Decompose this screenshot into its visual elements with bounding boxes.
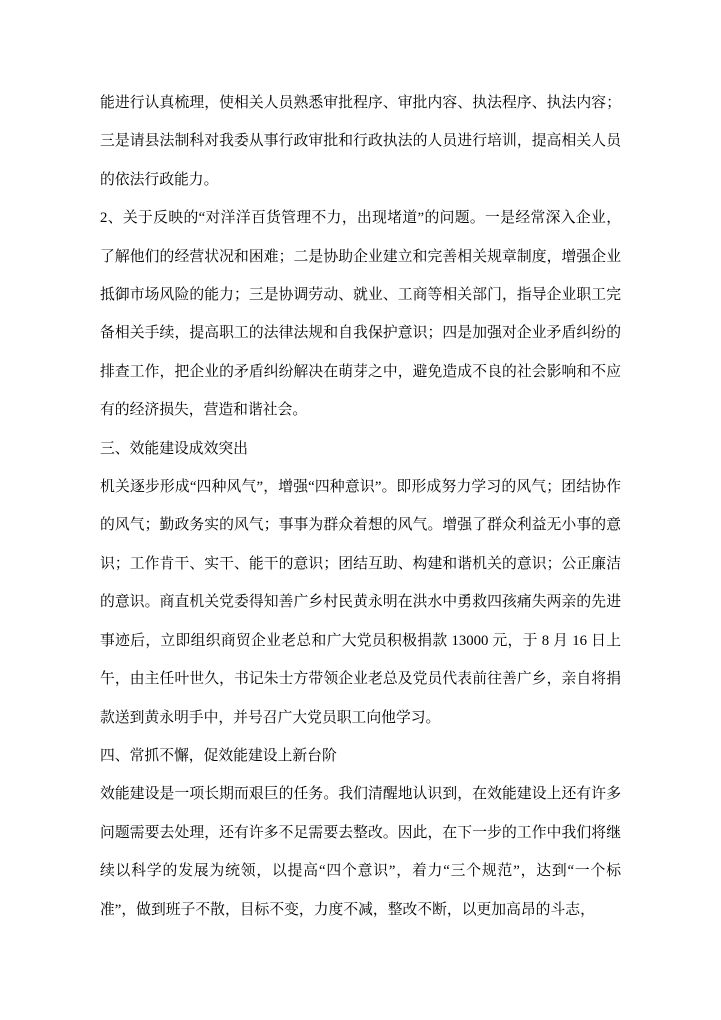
- paragraph-future-work-plan: 效能建设是一项长期而艰巨的任务。我们清醒地认识到，在效能建设上还有许多问题需要去…: [100, 775, 621, 929]
- section-heading-3-efficiency-achievements: 三、效能建设成效突出: [100, 430, 621, 468]
- section-heading-4-continuous-improvement: 四、常抓不懈，促效能建设上新台阶: [100, 737, 621, 775]
- document-page: 能进行认真梳理，使相关人员熟悉审批程序、审批内容、执法程序、执法内容；三是请县法…: [100, 84, 621, 929]
- paragraph-four-styles-donation: 机关逐步形成“四种风气”，增强“四种意识”。即形成努力学习的风气；团结协作的风气…: [100, 468, 621, 737]
- paragraph-law-enforcement-training: 能进行认真梳理，使相关人员熟悉审批程序、审批内容、执法程序、执法内容；三是请县法…: [100, 84, 621, 199]
- paragraph-yangyang-department-store-issue: 2、关于反映的“对洋洋百货管理不力，出现堵道”的问题。一是经常深入企业，了解他们…: [100, 199, 621, 429]
